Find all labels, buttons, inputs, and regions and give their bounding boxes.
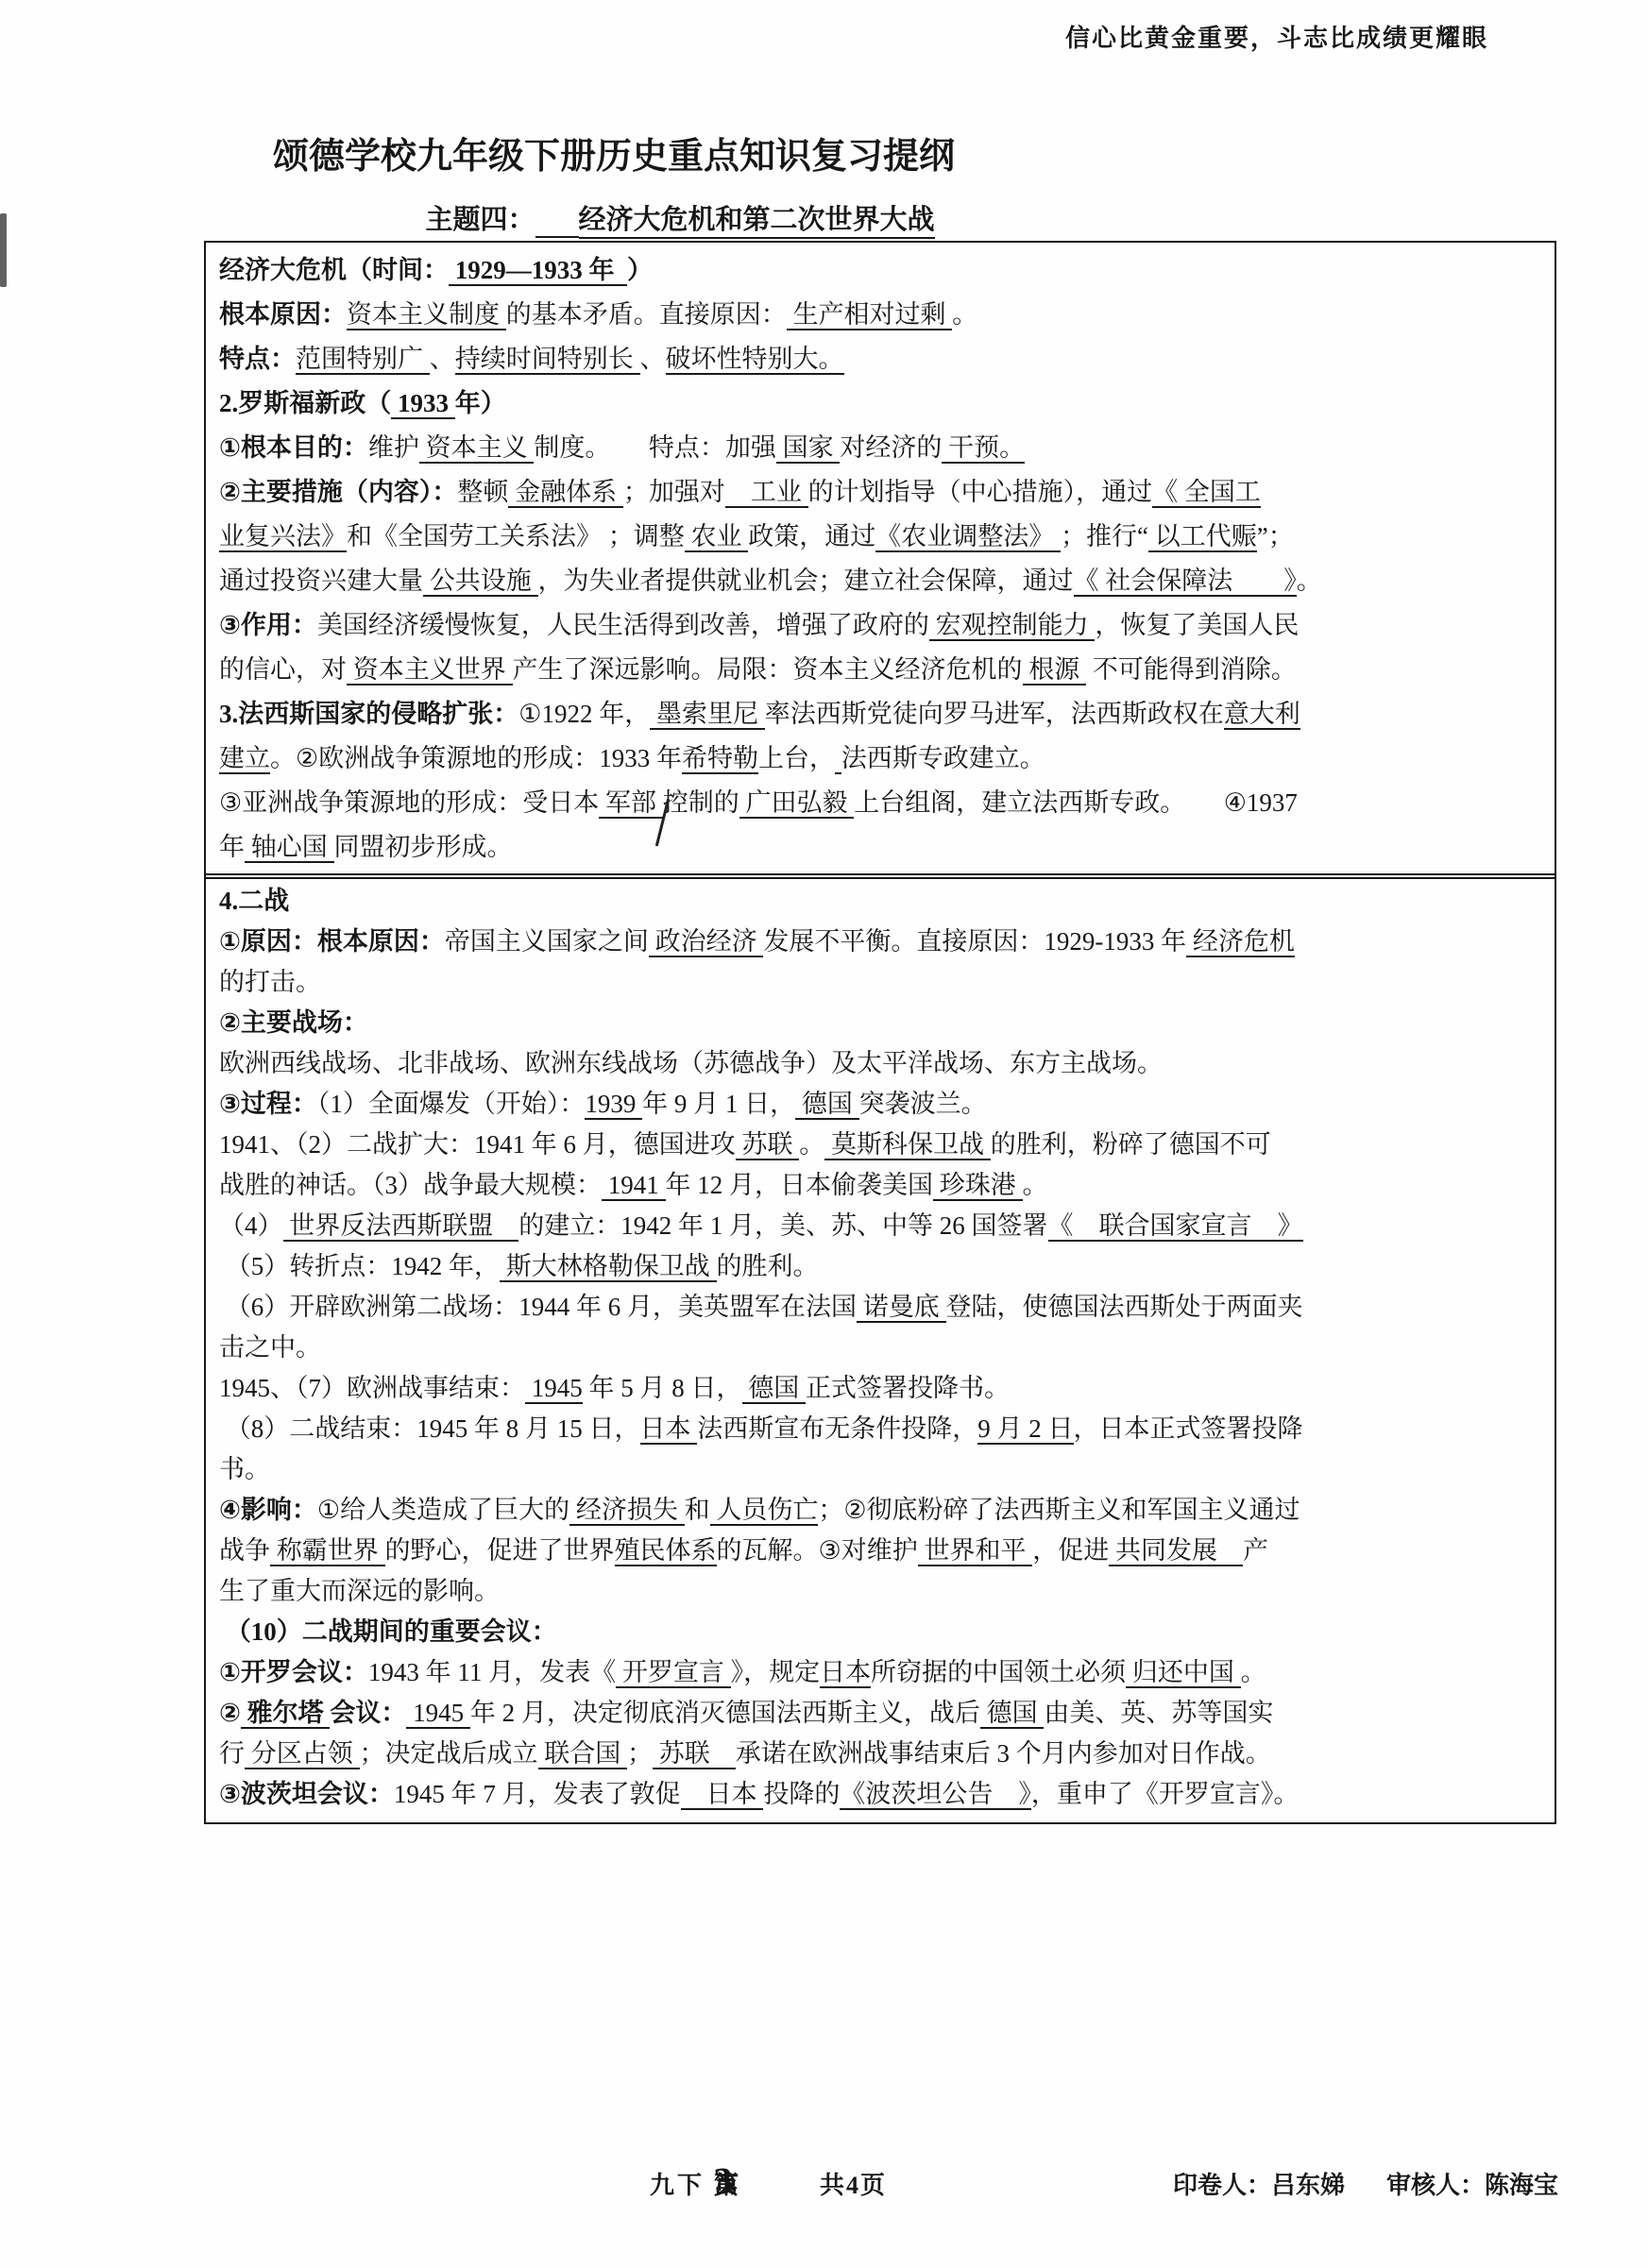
text-segment: ； xyxy=(627,1739,653,1768)
text-segment: 上台组阁，建立法西斯专政。 ④1937 xyxy=(854,788,1298,817)
text-segment: 登陆，使德国法西斯处于两面夹 xyxy=(946,1293,1303,1321)
text-segment: ③波茨坦会议： xyxy=(219,1780,394,1808)
blank-answer: 希特勒 xyxy=(682,744,758,774)
text-segment: 欧洲西线战场、北非战场、欧洲东线战场（苏德战争）及太平洋战场、东方主战场。 xyxy=(219,1049,1163,1077)
blank-answer: 苏联 xyxy=(736,1130,800,1160)
blank-answer: 生产相对过剩 xyxy=(787,300,953,330)
blank-answer: 德国 xyxy=(742,1374,807,1404)
text-segment: 行 xyxy=(219,1739,245,1768)
text-segment: 4.二战 xyxy=(219,887,289,915)
text-segment: 整顿 xyxy=(457,478,508,506)
text-segment: （8）二战结束：1945 年 8 月 15 日， xyxy=(219,1414,640,1443)
content-box-economic-crisis: 经济大危机（时间： 1929—1933 年 ）根本原因：资本主义制度 的基本矛盾… xyxy=(204,241,1556,879)
text-segment: 通过投资兴建大量 xyxy=(219,567,423,595)
text-segment: ①根本目的： xyxy=(219,433,368,462)
blank-answer: 苏联 xyxy=(653,1739,736,1769)
blank-answer: 工业 xyxy=(725,478,808,508)
blank-answer: 破坏性特别大。 xyxy=(666,345,844,375)
text-line: （5）转折点：1942 年， 斯大林格勒保卫战 的胜利。 xyxy=(219,1246,1543,1287)
text-segment: （4） xyxy=(219,1211,283,1240)
text-line: 3.法西斯国家的侵略扩张：①1922 年， 墨索里尼 率法西斯党徒向罗马进军，法… xyxy=(219,692,1543,736)
text-line: 的打击。 xyxy=(219,962,1543,1003)
blank-answer xyxy=(835,744,841,774)
text-line: （4） 世界反法西斯联盟 的建立：1942 年 1 月，美、苏、中等 26 国签… xyxy=(219,1206,1543,1246)
blank-answer: 轴心国 xyxy=(245,833,334,863)
subtitle-topic-title: 经济大危机和第二次世界大战 xyxy=(579,205,935,239)
text-line: ③过程：（1）全面爆发（开始）：1939 年 9 月 1 日， 德国 突袭波兰。 xyxy=(219,1084,1543,1125)
text-segment: 1943 年 11 月，发表《 xyxy=(368,1658,616,1686)
blank-answer: 归还中国 xyxy=(1126,1658,1241,1688)
text-segment: ，促进 xyxy=(1032,1536,1109,1565)
blank-answer: 世界反法西斯联盟 xyxy=(283,1211,519,1242)
blank-answer: 根源 xyxy=(1023,655,1087,685)
text-line: 的信心，对 资本主义世界 产生了深远影响。局限：资本主义经济危机的 根源 不可能… xyxy=(219,648,1543,692)
text-segment: 年 2 月，决定彻底消灭德国法西斯主义，战后 xyxy=(470,1699,980,1727)
blank-answer: 开罗宣言 xyxy=(616,1658,731,1688)
text-segment: 正式签署投降书。 xyxy=(806,1374,1010,1402)
blank-answer: 德国 xyxy=(795,1090,859,1120)
text-segment: 所窃据的中国领土必须 xyxy=(871,1658,1126,1686)
text-segment: ，日本正式签署投降 xyxy=(1074,1414,1303,1443)
blank-answer: 德国 xyxy=(980,1699,1045,1729)
blank-answer: 1941 xyxy=(602,1171,666,1201)
blank-answer: 宏观控制能力 xyxy=(929,611,1096,641)
blank-answer: 农业 xyxy=(685,522,749,552)
text-segment: ② xyxy=(219,1699,241,1727)
text-line: 行 分区占领 ；决定战后成立 联合国 ； 苏联 承诺在欧洲战事结束后 3 个月内… xyxy=(219,1734,1543,1774)
text-segment: ”； xyxy=(1257,522,1294,550)
subtitle-blank-gap xyxy=(535,205,579,238)
text-segment: 、 xyxy=(640,345,666,373)
text-segment: （5）转折点：1942 年， xyxy=(219,1252,500,1280)
blank-answer: 9 月 2 日 xyxy=(977,1414,1073,1445)
text-line: 4.二战 xyxy=(219,881,1543,922)
text-segment: 根本原因： xyxy=(219,300,347,329)
blank-answer: 珍珠港 xyxy=(933,1171,1023,1201)
blank-answer: 军部 xyxy=(599,788,663,819)
text-line: ④影响：①给人类造成了巨大的 经济损失 和 人员伤亡；②彻底粉碎了法西斯主义和军… xyxy=(219,1490,1543,1531)
text-segment: ，重申了《开罗宣言》。 xyxy=(1031,1780,1300,1808)
blank-answer: 日本 xyxy=(820,1658,871,1688)
blank-answer: 公共设施 xyxy=(423,567,538,597)
text-segment: 法西斯专政建立。 xyxy=(841,744,1045,772)
footer-reviewer: 审核人：陈海宝 xyxy=(1386,2166,1558,2201)
blank-answer: 1939 xyxy=(585,1090,642,1120)
text-segment: ①原因：根本原因： xyxy=(219,927,445,956)
text-segment: 1945 年 7 月，发表了敦促 xyxy=(394,1780,681,1808)
text-segment: 。 xyxy=(952,300,977,329)
text-segment: 和《全国劳工关系法》 ；调整 xyxy=(347,522,685,550)
text-line: 欧洲西线战场、北非战场、欧洲东线战场（苏德战争）及太平洋战场、东方主战场。 xyxy=(219,1043,1543,1084)
text-segment: ） xyxy=(627,256,653,284)
text-segment: 上台， xyxy=(758,744,835,772)
text-segment: 、 xyxy=(430,345,455,373)
text-segment: 生了重大而深远的影响。 xyxy=(219,1577,500,1605)
text-segment: 经济大危机（时间： xyxy=(219,256,449,284)
text-line: 战争 称霸世界 的野心，促进了世界殖民体系的瓦解。③对维护 世界和平 ，促进 共… xyxy=(219,1531,1543,1571)
text-segment: ①1922 年， xyxy=(518,700,650,728)
text-line: ①原因：根本原因：帝国主义国家之间 政治经济 发展不平衡。直接原因：1929-1… xyxy=(219,922,1543,962)
blank-answer: 日本 xyxy=(681,1780,764,1810)
text-segment: 战争 xyxy=(219,1536,270,1565)
text-segment: 美国经济缓慢恢复，人民生活得到改善，增强了政府的 xyxy=(317,611,929,639)
text-line: 根本原因：资本主义制度 的基本矛盾。直接原因： 生产相对过剩 。 xyxy=(219,293,1543,337)
blank-answer: 《波茨坦公告 》 xyxy=(840,1780,1031,1810)
text-line: 1941、（2）二战扩大：1941 年 6 月，德国进攻 苏联 。 莫斯科保卫战… xyxy=(219,1125,1543,1165)
text-segment: ，为失业者提供就业机会；建立社会保障，通过 xyxy=(538,567,1074,595)
blank-answer: 范围特别广 xyxy=(296,345,430,375)
text-segment: ③作用： xyxy=(219,611,317,639)
text-segment: 对经济的 xyxy=(840,433,942,462)
text-segment: 。 xyxy=(799,1130,824,1159)
text-segment: 。 xyxy=(1297,567,1322,595)
text-segment: ②主要措施（内容）： xyxy=(219,478,457,506)
blank-answer: 1945 xyxy=(525,1374,583,1404)
blank-answer: 日本 xyxy=(640,1414,698,1445)
text-segment: （10）二战期间的重要会议： xyxy=(219,1617,557,1646)
blank-answer: 世界和平 xyxy=(918,1536,1033,1566)
text-segment: ，恢复了美国人民 xyxy=(1095,611,1299,639)
text-segment: 2.罗斯福新政（ xyxy=(219,389,391,417)
blank-answer: 资本主义世界 xyxy=(347,655,513,685)
text-segment: 产生了深远影响。局限：资本主义经济危机的 xyxy=(513,655,1023,684)
text-segment: 控制的 xyxy=(663,788,739,817)
text-segment: 由美、英、苏等国实 xyxy=(1044,1699,1273,1727)
text-segment: ；加强对 xyxy=(623,478,725,506)
text-line: ①开罗会议：1943 年 11 月，发表《 开罗宣言 》，规定日本所窃据的中国领… xyxy=(219,1652,1543,1693)
text-segment: 的打击。 xyxy=(219,968,321,996)
text-segment: ④影响： xyxy=(219,1496,317,1524)
page-title: 颂德学校九年级下册历史重点知识复习提纲 xyxy=(0,127,1228,178)
text-segment: ；②彻底粉碎了法西斯主义和军国主义通过 xyxy=(818,1496,1300,1524)
blank-answer: 分区占领 xyxy=(245,1739,360,1769)
blank-answer: 1929—1933 年 xyxy=(449,256,627,286)
blank-answer: 雅尔塔 xyxy=(241,1699,331,1729)
text-segment: 1941、（2）二战扩大：1941 年 6 月，德国进攻 xyxy=(219,1130,736,1159)
blank-answer: 政治经济 xyxy=(649,927,764,957)
text-line: 业复兴法》和《全国劳工关系法》 ；调整 农业 政策，通过《农业调整法》 ；推行“… xyxy=(219,515,1543,559)
text-line: （10）二战期间的重要会议： xyxy=(219,1612,1543,1652)
text-segment: 的胜利。 xyxy=(717,1252,819,1280)
blank-answer: 《农业调整法》 xyxy=(875,522,1061,552)
text-segment: 年 5 月 8 日， xyxy=(583,1374,742,1402)
text-segment: 。②欧洲战争策源地的形成：1933 年 xyxy=(270,744,682,772)
text-segment: ①开罗会议： xyxy=(219,1658,368,1686)
text-segment: 承诺在欧洲战事结束后 3 个月内参加对日作战。 xyxy=(736,1739,1271,1768)
text-line: ② 雅尔塔 会议： 1945 年 2 月，决定彻底消灭德国法西斯主义，战后 德国… xyxy=(219,1693,1543,1734)
text-line: ③作用：美国经济缓慢恢复，人民生活得到改善，增强了政府的 宏观控制能力 ，恢复了… xyxy=(219,603,1543,648)
content-box-world-war-2: 4.二战①原因：根本原因：帝国主义国家之间 政治经济 发展不平衡。直接原因：19… xyxy=(204,873,1556,1824)
text-line: ③亚洲战争策源地的形成：受日本 军部 控制的 广田弘毅 上台组阁，建立法西斯专政… xyxy=(219,781,1543,825)
text-segment: 会议： xyxy=(330,1699,406,1727)
text-segment: 的计划指导（中心措施），通过 xyxy=(808,478,1153,506)
blank-answer: 莫斯科保卫战 xyxy=(824,1130,991,1160)
text-line: 通过投资兴建大量 公共设施 ，为失业者提供就业机会；建立社会保障，通过《 社会保… xyxy=(219,559,1543,603)
text-segment: 不可能得到消除。 xyxy=(1086,655,1297,684)
blank-answer: 干预。 xyxy=(942,433,1025,464)
text-line: 1945、（7）欧洲战事结束： 1945 年 5 月 8 日， 德国 正式签署投… xyxy=(219,1368,1543,1409)
text-segment: ①给人类造成了巨大的 xyxy=(317,1496,569,1524)
text-line: 战胜的神话。（3）战争最大规模： 1941 年 12 月，日本偷袭美国 珍珠港 … xyxy=(219,1165,1543,1206)
text-segment: 突袭波兰。 xyxy=(859,1090,987,1118)
text-segment: 1945、（7）欧洲战事结束： xyxy=(219,1374,525,1402)
text-segment: 产 xyxy=(1243,1536,1268,1565)
text-line: ②主要措施（内容）：整顿 金融体系 ；加强对 工业 的计划指导（中心措施），通过… xyxy=(219,470,1543,515)
text-segment: 特点： xyxy=(219,345,296,373)
text-segment: 同盟初步形成。 xyxy=(334,833,513,861)
text-segment: ③亚洲战争策源地的形成：受日本 xyxy=(219,788,599,817)
text-segment: 。 xyxy=(1241,1658,1266,1686)
footer-printer: 印卷人：吕东娣 xyxy=(1173,2166,1345,2201)
blank-answer: 持续时间特别长 xyxy=(455,345,640,375)
text-segment: 年 xyxy=(219,833,245,861)
text-line: 建立。②欧洲战争策源地的形成：1933 年希特勒上台， 法西斯专政建立。 xyxy=(219,736,1543,781)
page-subtitle: 主题四： 经济大危机和第二次世界大战 xyxy=(0,198,1360,238)
text-segment: 投降的 xyxy=(763,1780,840,1808)
text-segment: 的建立：1942 年 1 月，美、苏、中等 26 国签署 xyxy=(518,1211,1047,1240)
text-line: （6）开辟欧洲第二战场：1944 年 6 月，美英盟军在法国 诺曼底 登陆，使德… xyxy=(219,1287,1543,1328)
footer-page-suffix: 页 xyxy=(714,2166,739,2201)
blank-answer: 1933 xyxy=(391,389,455,419)
text-segment: 战胜的神话。（3）战争最大规模： xyxy=(219,1171,602,1199)
blank-answer: 1945 xyxy=(406,1699,470,1729)
text-segment: （6）开辟欧洲第二战场：1944 年 6 月，美英盟军在法国 xyxy=(219,1293,857,1321)
text-segment: 和 xyxy=(685,1496,710,1524)
blank-answer: 资本主义 xyxy=(419,433,535,464)
blank-answer: 联合国 xyxy=(538,1739,628,1769)
blank-answer: 《 全国工 xyxy=(1152,478,1261,508)
text-segment: 维护 xyxy=(368,433,419,462)
text-segment: 发展不平衡。直接原因：1929-1933 年 xyxy=(763,927,1186,956)
blank-answer: 业复兴法》 xyxy=(219,522,347,552)
text-line: ②主要战场： xyxy=(219,1003,1543,1043)
text-line: 经济大危机（时间： 1929—1933 年 ） xyxy=(219,248,1543,293)
blank-answer: 意大利 xyxy=(1224,700,1300,730)
text-segment: 的胜利，粉碎了德国不可 xyxy=(991,1130,1271,1159)
text-segment: 年 9 月 1 日， xyxy=(642,1090,795,1118)
blank-answer: 墨索里尼 xyxy=(650,700,765,730)
text-segment: 的信心，对 xyxy=(219,655,347,684)
text-segment: （1）全面爆发（开始）： xyxy=(317,1090,586,1118)
text-segment: 书。 xyxy=(219,1455,270,1483)
text-segment: 的瓦解。③对维护 xyxy=(717,1536,918,1565)
blank-answer: 称霸世界 xyxy=(270,1536,385,1566)
text-segment: ②主要战场： xyxy=(219,1008,368,1037)
blank-answer: 金融体系 xyxy=(508,478,623,508)
text-line: 年 轴心国 同盟初步形成。 xyxy=(219,825,1543,870)
text-line: 击之中。 xyxy=(219,1328,1543,1368)
blank-answer: 广田弘毅 xyxy=(739,788,855,819)
text-segment: 的野心，促进了世界 xyxy=(385,1536,615,1565)
text-segment: 。 xyxy=(1023,1171,1048,1199)
text-segment: 法西斯宣布无条件投降， xyxy=(697,1414,977,1443)
blank-answer: 共同发展 xyxy=(1109,1536,1243,1566)
text-line: 生了重大而深远的影响。 xyxy=(219,1571,1543,1612)
blank-answer: 《 联合国家宣言 》 xyxy=(1048,1211,1303,1242)
blank-answer: 经济损失 xyxy=(569,1496,685,1526)
blank-answer: 以工代赈 xyxy=(1148,522,1257,552)
blank-answer: 建立 xyxy=(219,744,270,774)
text-segment: 制度。 特点：加强 xyxy=(534,433,776,462)
blank-answer: 《 社会保障法 》 xyxy=(1074,567,1297,597)
text-line: ③波茨坦会议：1945 年 7 月，发表了敦促 日本 投降的《波茨坦公告 》，重… xyxy=(219,1774,1543,1815)
blank-answer: 人员伤亡 xyxy=(710,1496,819,1526)
footer-course-label: 九下 xyxy=(650,2166,705,2201)
text-line: ①根本目的：维护 资本主义 制度。 特点：加强 国家 对经济的 干预。 xyxy=(219,426,1543,470)
subtitle-topic-label: 主题四： xyxy=(425,205,535,235)
text-segment: 3.法西斯国家的侵略扩张： xyxy=(219,700,518,728)
text-segment: 率法西斯党徒向罗马进军，法西斯政权在 xyxy=(765,700,1224,728)
page: 信心比黄金重要，斗志比成绩更耀眼 颂德学校九年级下册历史重点知识复习提纲 主题四… xyxy=(0,0,1648,2268)
text-segment: 的基本矛盾。直接原因： xyxy=(506,300,787,329)
text-segment: 帝国主义国家之间 xyxy=(445,927,649,956)
text-line: 书。 xyxy=(219,1449,1543,1490)
text-segment: ；推行“ xyxy=(1061,522,1148,550)
text-segment: ③过程： xyxy=(219,1090,317,1118)
text-segment: 年） xyxy=(455,389,506,417)
blank-answer: 资本主义制度 xyxy=(347,300,506,330)
footer-total-pages: 共4页 xyxy=(820,2166,887,2201)
blank-answer: 国家 xyxy=(776,433,841,464)
text-line: （8）二战结束：1945 年 8 月 15 日，日本 法西斯宣布无条件投降，9 … xyxy=(219,1409,1543,1449)
text-segment: ；决定战后成立 xyxy=(360,1739,538,1768)
blank-answer: 斯大林格勒保卫战 xyxy=(500,1252,717,1282)
text-line: 2.罗斯福新政（ 1933 年） xyxy=(219,381,1543,426)
blank-answer: 殖民体系 xyxy=(615,1536,717,1566)
blank-answer: 经济危机 xyxy=(1186,927,1295,957)
header-slogan: 信心比黄金重要，斗志比成绩更耀眼 xyxy=(1065,19,1488,54)
text-segment: 》，规定 xyxy=(731,1658,821,1686)
text-segment: 年 12 月，日本偷袭美国 xyxy=(666,1171,934,1199)
blank-answer: 诺曼底 xyxy=(857,1293,946,1323)
text-line: 特点：范围特别广 、持续时间特别长 、破坏性特别大。 xyxy=(219,337,1543,381)
text-segment: 政策，通过 xyxy=(748,522,875,550)
text-segment: 击之中。 xyxy=(219,1333,321,1362)
